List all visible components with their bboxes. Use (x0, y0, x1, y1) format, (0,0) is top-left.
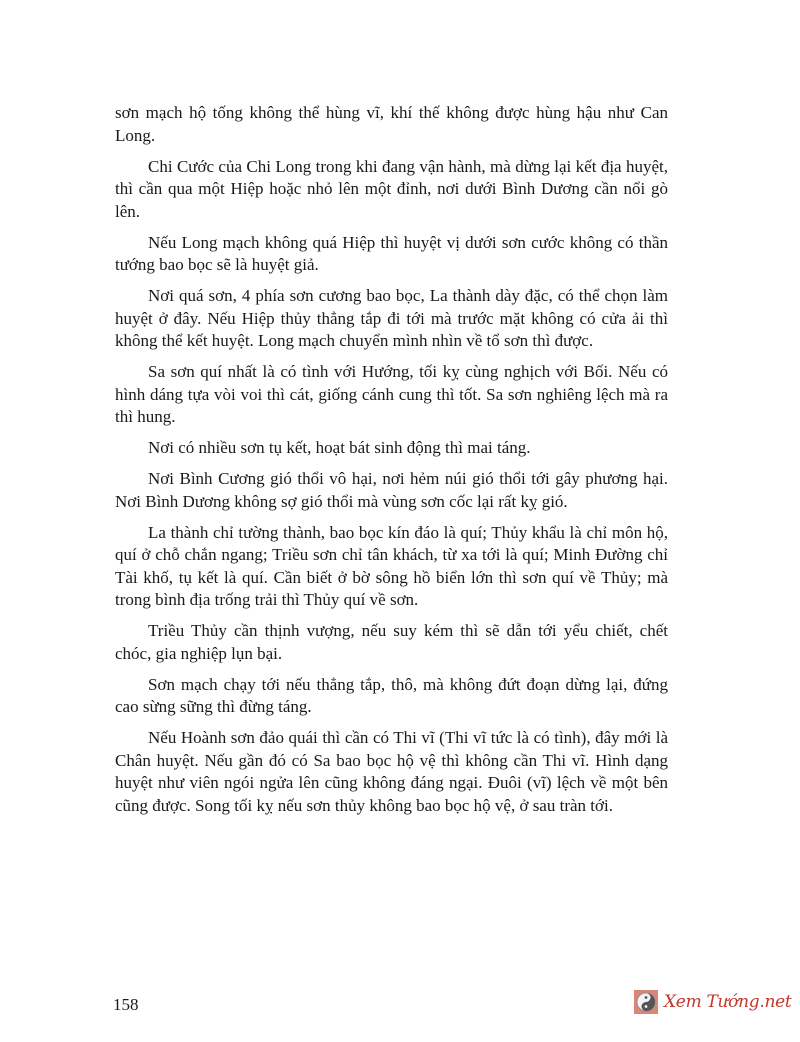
paragraph: Nơi Bình Cương gió thổi vô hại, nơi hẻm … (115, 468, 668, 513)
watermark: Xem Tướng.net (634, 990, 791, 1014)
paragraph: Chi Cước của Chi Long trong khi đang vận… (115, 156, 668, 224)
paragraph: Sơn mạch chạy tới nếu thẳng tắp, thô, mà… (115, 674, 668, 719)
paragraph: Triều Thủy cần thịnh vượng, nếu suy kém … (115, 620, 668, 665)
page-body: sơn mạch hộ tống không thể hùng vĩ, khí … (115, 102, 668, 826)
paragraph: sơn mạch hộ tống không thể hùng vĩ, khí … (115, 102, 668, 147)
paragraph: Sa sơn quí nhất là có tình với Hướng, tố… (115, 361, 668, 429)
watermark-text: Xem Tướng.net (664, 992, 791, 1012)
paragraph: Nơi có nhiều sơn tụ kết, hoạt bát sinh đ… (115, 437, 668, 460)
paragraph: La thành chỉ tường thành, bao bọc kín đá… (115, 522, 668, 612)
paragraph: Nơi quá sơn, 4 phía sơn cương bao bọc, L… (115, 285, 668, 353)
paragraph: Nếu Long mạch không quá Hiệp thì huyệt v… (115, 232, 668, 277)
yin-yang-icon (634, 990, 658, 1014)
page-number: 158 (113, 995, 139, 1015)
paragraph: Nếu Hoành sơn đảo quái thì cần có Thi vĩ… (115, 727, 668, 817)
